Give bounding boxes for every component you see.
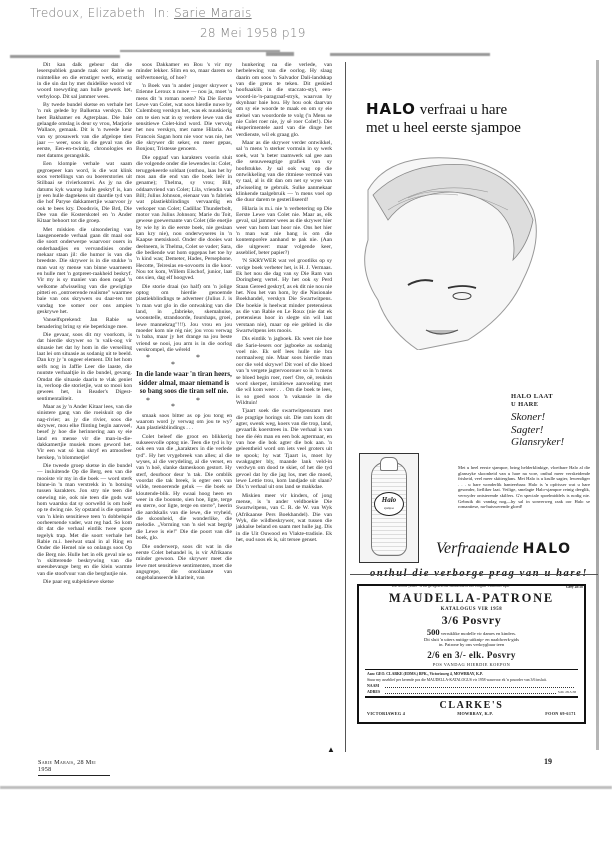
maudella-advertisement: MAUDELLA-PATRONE KATALOGUS VIR 1958 3/6 … bbox=[357, 584, 586, 724]
pull-quote: In die lande waar 'n tiran heers, sidder… bbox=[136, 370, 232, 396]
paragraph: Die tweede groep sketse in die bundel — … bbox=[37, 463, 132, 577]
address-input-line[interactable] bbox=[385, 690, 556, 694]
bottle-label-sub: sjampoe bbox=[375, 507, 403, 510]
paragraph: Maar as jy 'n Ander Kitaar lees, van die… bbox=[37, 404, 132, 461]
maudella-post-today: POS VANDAG HIERDIE KOEPON bbox=[359, 662, 584, 667]
claim-sagter: Sagter! bbox=[511, 424, 564, 437]
paragraph: Hilaria is m.i. nie 'n verbetering op Di… bbox=[236, 206, 332, 257]
paragraph: Met miskien die uitsondering van laasgen… bbox=[37, 227, 132, 316]
paragraph: Die storie draai (so half) om 'n jolige … bbox=[136, 284, 232, 354]
maudella-title: MAUDELLA-PATRONE bbox=[359, 591, 584, 606]
page-number: 19 bbox=[544, 757, 552, 766]
citation-publication: Sarie Marais bbox=[174, 6, 252, 20]
bottle-cap-icon bbox=[380, 457, 398, 471]
woman-portrait-illustration bbox=[348, 150, 548, 350]
halo-laat-u-hare: HALO LAAT U HARE bbox=[511, 393, 553, 409]
halo-headline-line2: met u heel eerste sjampoe bbox=[366, 120, 521, 136]
citation-author: Tredoux, Elizabeth bbox=[30, 6, 146, 20]
maudella-subtitle: KATALOGUS VIR 1958 bbox=[359, 607, 584, 612]
paragraph: Een klompie verhale wat saam gegroepeer … bbox=[37, 161, 132, 224]
paragraph: Die opgaaf van karakters voorin sluit di… bbox=[136, 155, 232, 282]
scan-artifact bbox=[266, 52, 294, 56]
paragraph: Tjaart soek die swartwitpensram met die … bbox=[236, 408, 332, 490]
name-label: NAAM bbox=[367, 684, 385, 688]
paragraph: Die onderwerp, soos dit wat in die eerst… bbox=[136, 544, 232, 582]
bottle-label: Halo sjampoe bbox=[374, 492, 404, 516]
clarkes-address: VICTORIAWEG 4 MOWBRAY, K.P. FOON 69-6171 bbox=[367, 711, 576, 716]
handwritten-citation-line2: 28 Mei 1958 p19 bbox=[200, 26, 306, 40]
maudella-pattern-price: 2/6 en 3/- elk. Posvry bbox=[359, 650, 584, 660]
star-separator: * * * bbox=[136, 355, 232, 368]
clarkes-name: CLARKE'S bbox=[359, 700, 584, 711]
coupon-divider bbox=[365, 696, 578, 698]
article-column-3: hunkering na die verlede, van herbelewin… bbox=[236, 62, 332, 752]
coupon-divider bbox=[365, 669, 578, 671]
halo-tag-script: Verfraaiende bbox=[436, 540, 519, 557]
paragraph: Die gevaar, soos dit my voorkom, is dat … bbox=[37, 332, 132, 402]
maudella-count: 500 bbox=[427, 627, 440, 637]
halo-tagline: Verfraaiende HALO bbox=[436, 540, 572, 558]
halo-laat-line2: U HARE bbox=[511, 401, 553, 409]
claim-glansryker: Glansryker! bbox=[511, 436, 564, 449]
halo-tag-brand: HALO bbox=[523, 541, 572, 557]
coupon-text: Stuur my asseblief per kerende pos die M… bbox=[367, 678, 576, 683]
halo-claims: Skoner! Sagter! Glansryker! bbox=[511, 411, 564, 449]
paragraph: Colet beleef die groot en blikkerig suks… bbox=[136, 434, 232, 542]
paragraph: Miskien meer vir kinders, of jong mense,… bbox=[236, 493, 332, 544]
paragraph: Dis eintlik 'n jagboek. Ek weet nie hoe … bbox=[236, 336, 332, 406]
end-of-article-mark-icon: ▲ bbox=[327, 745, 335, 754]
paragraph: Vanselfsprekend: Jan Rabie se benadering… bbox=[37, 317, 132, 330]
coupon-address: Aan: GEO. CLARKE (EDMS.) BPK., Victoriaw… bbox=[367, 672, 576, 677]
article-column-1: Dit kan dalk gebeur dat die leserspublie… bbox=[37, 62, 132, 752]
paragraph: soos Dakkamer en Bou 's vir my minder le… bbox=[136, 62, 232, 81]
paragraph: Maar as die skrywer verder ontwikkel, sa… bbox=[236, 140, 332, 203]
maudella-desc-line2: Dit sluit 'n uiters nuttige uitknip- en … bbox=[424, 637, 519, 642]
halo-bottle-image: Halo sjampoe bbox=[359, 453, 419, 563]
halo-brand: HALO bbox=[366, 100, 416, 118]
star-separator: * * * bbox=[136, 398, 232, 411]
coupon-name-field[interactable]: NAAM bbox=[367, 684, 576, 688]
paragraph: Die paar erg subjektiewe sketse bbox=[37, 579, 132, 585]
coupon-code: S.M. 28-5-58 bbox=[558, 690, 576, 694]
scan-artifact bbox=[0, 786, 612, 789]
paragraph: smaak soos bitter as op jou tong en waar… bbox=[136, 413, 232, 432]
bottle-label-brand: Halo bbox=[382, 496, 396, 504]
ad-divider bbox=[350, 574, 598, 575]
paragraph: 'N SKRYWER wat vel grootliks op sy vorig… bbox=[236, 258, 332, 334]
address-town: MOWBRAY, K.P. bbox=[457, 711, 493, 716]
paragraph: By twede bundel sketse en verhale het 'n… bbox=[37, 102, 132, 159]
maudella-desc-line3: in. Patrone by ons verkrygbaar teen bbox=[439, 642, 504, 647]
maudella-desc-line1: verruklike modelle vir dames en kinders. bbox=[441, 631, 516, 636]
paragraph: hunkering na die verlede, van herbelewin… bbox=[236, 62, 332, 138]
address-label: ADRES bbox=[367, 690, 385, 694]
halo-advertisement: HALO verfraai u hare met u heel eerste s… bbox=[348, 60, 600, 580]
halo-headline: HALO verfraai u hare met u heel eerste s… bbox=[366, 100, 521, 137]
paragraph: 'n Boek van 'n ander jonger skrywer s Et… bbox=[136, 83, 232, 153]
maudella-description: 500 verruklike modelle vir dames en kind… bbox=[359, 630, 584, 648]
scan-artifact bbox=[330, 53, 490, 56]
scan-artifact bbox=[120, 50, 280, 52]
halo-headline-text: verfraai u hare bbox=[420, 102, 507, 118]
coupon-address-field[interactable]: ADRES S.M. 28-5-58 bbox=[367, 690, 576, 694]
article-column-2: soos Dakkamer en Bou 's vir my minder le… bbox=[136, 62, 232, 752]
address-street: VICTORIAWEG 4 bbox=[367, 711, 405, 716]
handwritten-citation-line1: Tredoux, Elizabeth In: Sarie Marais bbox=[30, 6, 252, 20]
address-phone: FOON 69-6171 bbox=[545, 711, 576, 716]
name-input-line[interactable] bbox=[385, 684, 574, 688]
halo-laat-line1: HALO LAAT bbox=[511, 393, 553, 401]
citation-in: In: bbox=[154, 6, 170, 20]
scan-artifact bbox=[10, 55, 120, 58]
claim-skoner: Skoner! bbox=[511, 411, 564, 424]
maudella-price: 3/6 Posvry bbox=[359, 613, 584, 628]
paragraph: Dit kan dalk gebeur dat die leserspublie… bbox=[37, 62, 132, 100]
halo-body-copy: Met u heel eerste sjampoe, bring helderk… bbox=[458, 465, 590, 510]
footer-masthead: Sarie Marais, 28 Mei 1958 bbox=[38, 759, 110, 776]
column-divider bbox=[345, 62, 346, 752]
